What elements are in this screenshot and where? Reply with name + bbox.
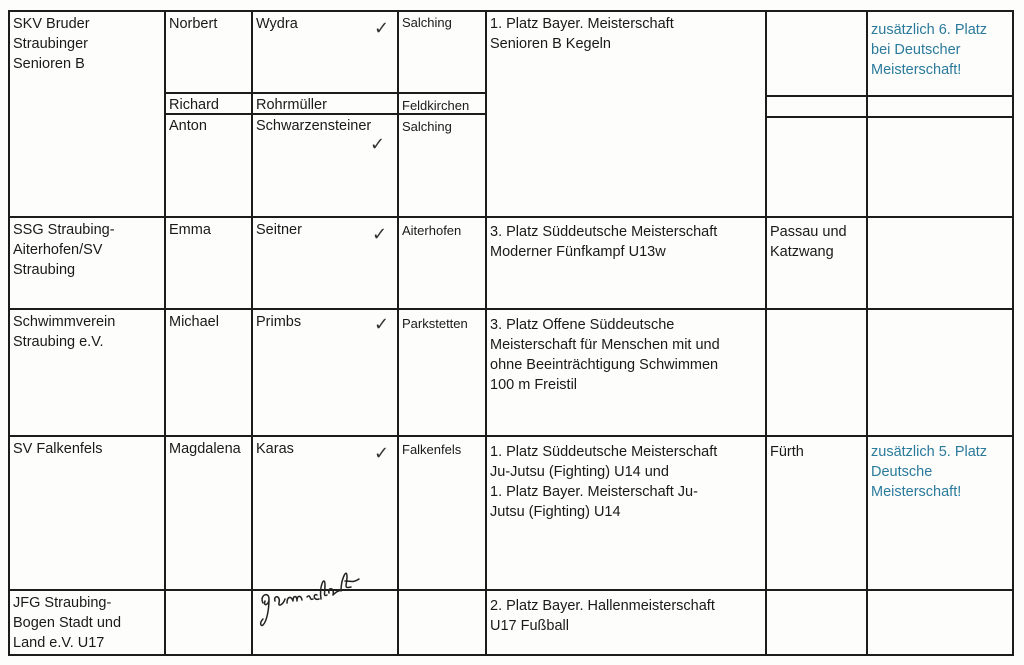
place: Parkstetten [399,313,487,335]
venue [767,313,866,317]
venue [767,594,866,598]
club-name: SV Falkenfels [10,437,164,461]
additional-note [868,313,1012,317]
first-name: Anton [166,114,251,138]
venue: Fürth [767,440,866,464]
checkmark-icon: ✓ [372,226,387,244]
club-name: SKV Bruder Straubinger Senioren B [10,12,164,76]
place: Falkenfels [399,439,485,461]
handwritten-signature [255,565,375,635]
venue [767,12,866,16]
achievement: 3. Platz Süddeutsche Meisterschaft Moder… [487,220,765,264]
table-border-right [1012,10,1014,656]
additional-note: zusätzlich 5. Platz Deutsche Meisterscha… [868,440,1012,504]
first-name: Magdalena [166,437,253,461]
additional-note [868,220,1012,224]
checkmark-icon: ✓ [374,316,389,334]
achievement: 2. Platz Bayer. Hallenmeisterschaft U17 … [487,594,765,638]
achievement: 3. Platz Offene Süddeutsche Meisterschaf… [487,313,765,397]
column-divider [866,10,868,656]
place: Feldkirchen [399,95,487,117]
place: Salching [399,116,485,138]
checkmark-icon: ✓ [374,445,389,463]
achievement: 1. Platz Süddeutsche Meisterschaft Ju-Ju… [487,440,765,524]
club-name: Schwimmverein Straubing e.V. [10,310,164,354]
first-name: Emma [166,218,251,242]
subrow-divider [765,95,1013,97]
checkmark-icon: ✓ [370,136,385,154]
place: Aiterhofen [399,220,485,242]
place: Salching [399,12,485,34]
club-name: SSG Straubing- Aiterhofen/SV Straubing [10,218,164,282]
achievement: 1. Platz Bayer. Meisterschaft Senioren B… [487,12,765,56]
first-name: Norbert [166,12,251,36]
club-name: JFG Straubing- Bogen Stadt und Land e.V.… [10,591,164,655]
checkmark-icon: ✓ [374,20,389,38]
first-name: Michael [166,310,251,334]
subrow-divider [765,116,1013,118]
venue: Passau und Katzwang [767,220,866,264]
additional-note: zusätzlich 6. Platz bei Deutscher Meiste… [868,18,1012,82]
column-divider [765,10,767,656]
additional-note [868,594,1012,598]
